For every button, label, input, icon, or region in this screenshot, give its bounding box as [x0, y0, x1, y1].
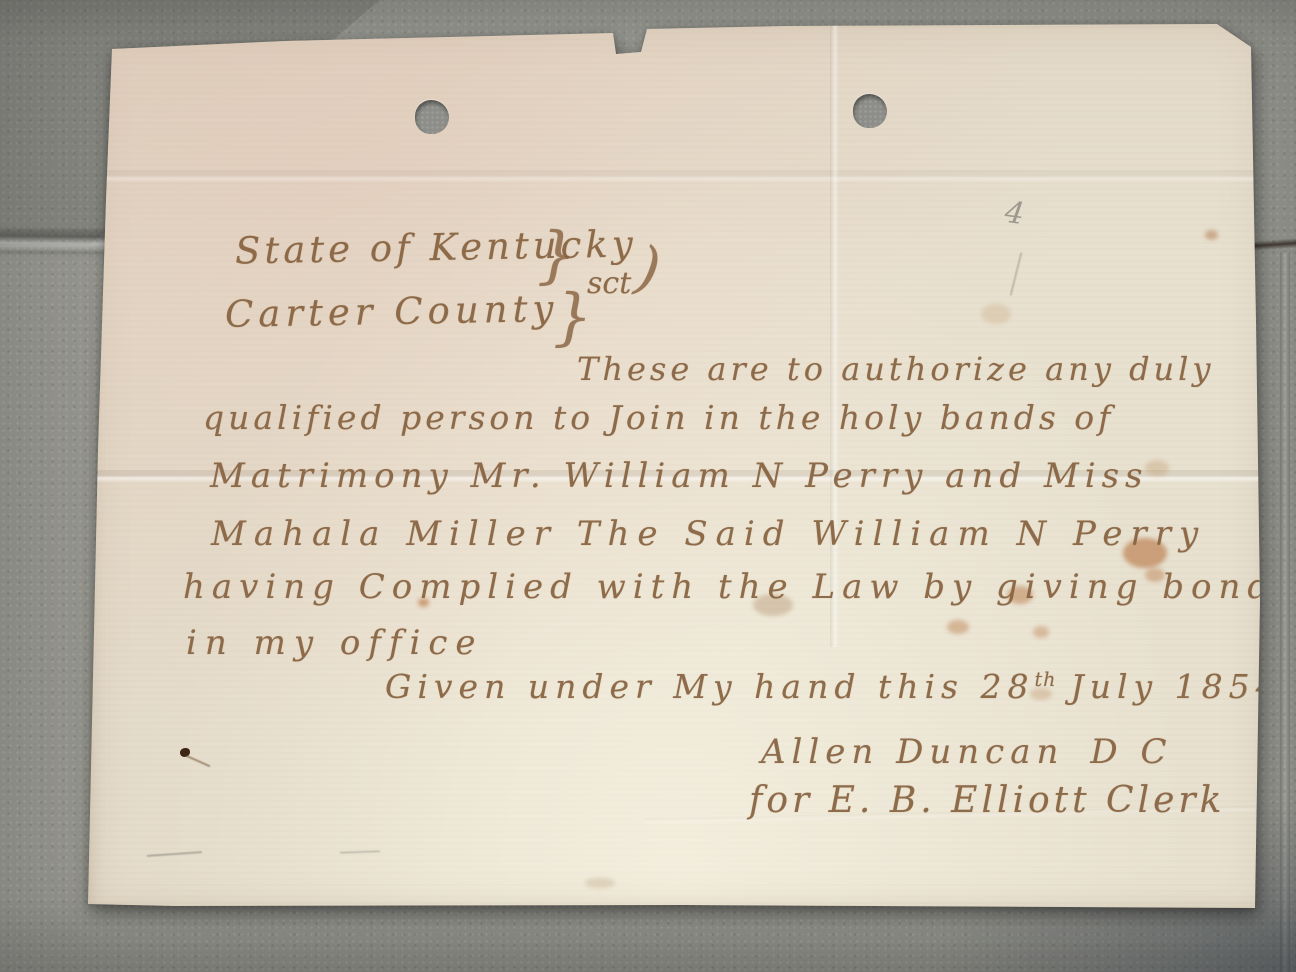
body-line-2: qualified person to Join in the holy ban… — [203, 398, 1114, 437]
signature-clerk: for E. B. Elliott Clerk — [749, 780, 1225, 821]
heading-sct-notation: sct — [587, 266, 631, 301]
rust-spot — [1205, 230, 1218, 240]
photograph-of-document: 4 State of Kentucky Carter County } } sc… — [0, 0, 1296, 972]
fold-crease-upper — [85, 170, 1265, 183]
punch-hole-left — [415, 100, 449, 134]
body-line-4: Mahala Miller The Said William N Perry — [211, 514, 1206, 554]
rust-stain — [947, 620, 969, 634]
body-line-1: These are to authorize any duly — [577, 350, 1214, 388]
dateline: Given under My hand this 28thJuly 1854 — [385, 667, 1283, 706]
body-line-5: having Complied with the Law by giving b… — [183, 567, 1276, 607]
rust-stain — [1033, 626, 1049, 638]
signature-deputy-name: Allen Duncan — [761, 732, 1064, 772]
foxing-spot — [585, 878, 615, 888]
signature-deputy-title: D C — [1090, 732, 1172, 772]
paper-sheet: 4 State of Kentucky Carter County } } sc… — [85, 20, 1265, 915]
signature-deputy: Allen DuncanD C — [761, 732, 1173, 772]
foxing-spot — [1145, 460, 1169, 476]
body-line-6: in my office — [186, 623, 484, 663]
heading-state-line: State of Kentucky — [235, 222, 637, 272]
dateline-prefix: Given under My hand this 28 — [385, 667, 1034, 706]
punch-hole-right — [853, 94, 887, 128]
foxing-spot — [981, 304, 1011, 324]
dateline-suffix: July 1854 — [1070, 667, 1282, 706]
document-paper: 4 State of Kentucky Carter County } } sc… — [85, 20, 1265, 915]
body-line-3: Matrimony Mr. William N Perry and Miss — [210, 456, 1148, 496]
dateline-superscript: th — [1034, 668, 1056, 691]
heading-county-line: Carter County — [225, 287, 559, 336]
